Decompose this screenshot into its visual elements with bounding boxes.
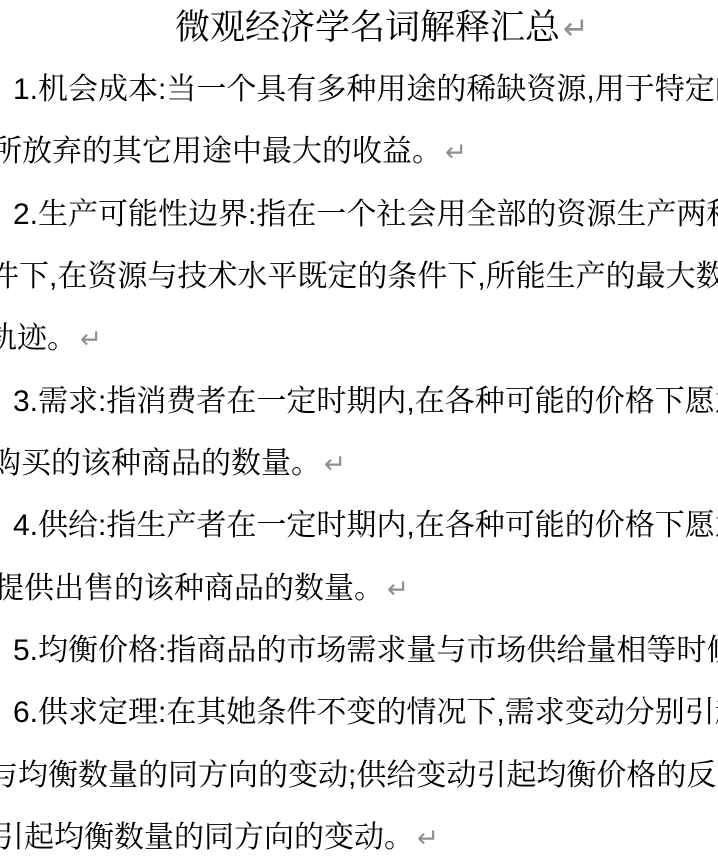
- document-line[interactable]: 1.机会成本:当一个具有多种用途的稀缺资源,用于特定的用: [13, 59, 718, 121]
- document-line[interactable]: 所放弃的其它用途中最大的收益。↵: [0, 121, 467, 183]
- document-line[interactable]: 2.生产可能性边界:指在一个社会用全部的资源生产两种产: [13, 184, 718, 246]
- document-line[interactable]: 6.供求定理:在其她条件不变的情况下,需求变动分别引起均: [13, 682, 718, 744]
- line-text: 购买的该种商品的数量。: [0, 447, 321, 480]
- document-line[interactable]: 轨迹。↵: [0, 308, 102, 370]
- document-line[interactable]: 提供出售的该种商品的数量。↵: [0, 558, 409, 620]
- line-text: 所放弃的其它用途中最大的收益。: [0, 135, 442, 168]
- line-text: 6.供求定理:在其她条件不变的情况下,需求变动分别引起均: [13, 696, 718, 729]
- line-text: 件下,在资源与技术水平既定的条件下,所能生产的最大数量组: [0, 260, 718, 293]
- title-text: 微观经济学名词解释汇总: [175, 8, 560, 47]
- line-text: 提供出售的该种商品的数量。: [0, 572, 384, 605]
- line-break-mark-icon: ↵: [387, 574, 409, 604]
- document-page[interactable]: 微观经济学名词解释汇总↵ 1.机会成本:当一个具有多种用途的稀缺资源,用于特定的…: [0, 0, 718, 862]
- line-text: 4.供给:指生产者在一定时期内,在各种可能的价格下愿意而: [13, 509, 718, 542]
- line-text: 与均衡数量的同方向的变动;供给变动引起均衡价格的反方向: [0, 759, 718, 792]
- line-text: 3.需求:指消费者在一定时期内,在各种可能的价格下愿意而: [13, 385, 718, 418]
- line-text: 5.均衡价格:指商品的市场需求量与市场供给量相等时候的: [13, 634, 718, 667]
- document-line[interactable]: 件下,在资源与技术水平既定的条件下,所能生产的最大数量组: [0, 246, 718, 308]
- line-text: 轨迹。: [0, 322, 77, 355]
- document-line[interactable]: 5.均衡价格:指商品的市场需求量与市场供给量相等时候的: [13, 620, 718, 682]
- line-break-mark-icon: ↵: [324, 449, 346, 479]
- line-text: 引起均衡数量的同方向的变动。: [0, 821, 414, 854]
- line-break-mark-icon: ↵: [80, 324, 102, 354]
- document-line[interactable]: 与均衡数量的同方向的变动;供给变动引起均衡价格的反方向: [0, 745, 718, 807]
- document-line[interactable]: 引起均衡数量的同方向的变动。↵: [0, 807, 439, 862]
- line-text: 1.机会成本:当一个具有多种用途的稀缺资源,用于特定的用: [13, 73, 718, 106]
- document-line[interactable]: 3.需求:指消费者在一定时期内,在各种可能的价格下愿意而: [13, 371, 718, 433]
- line-break-mark-icon: ↵: [445, 137, 467, 167]
- line-text: 2.生产可能性边界:指在一个社会用全部的资源生产两种产: [13, 198, 718, 231]
- line-break-mark-icon: ↵: [563, 11, 589, 46]
- document-line[interactable]: 购买的该种商品的数量。↵: [0, 433, 346, 495]
- line-break-mark-icon: ↵: [417, 823, 439, 853]
- document-title[interactable]: 微观经济学名词解释汇总↵: [175, 0, 589, 60]
- document-line[interactable]: 4.供给:指生产者在一定时期内,在各种可能的价格下愿意而: [13, 495, 718, 557]
